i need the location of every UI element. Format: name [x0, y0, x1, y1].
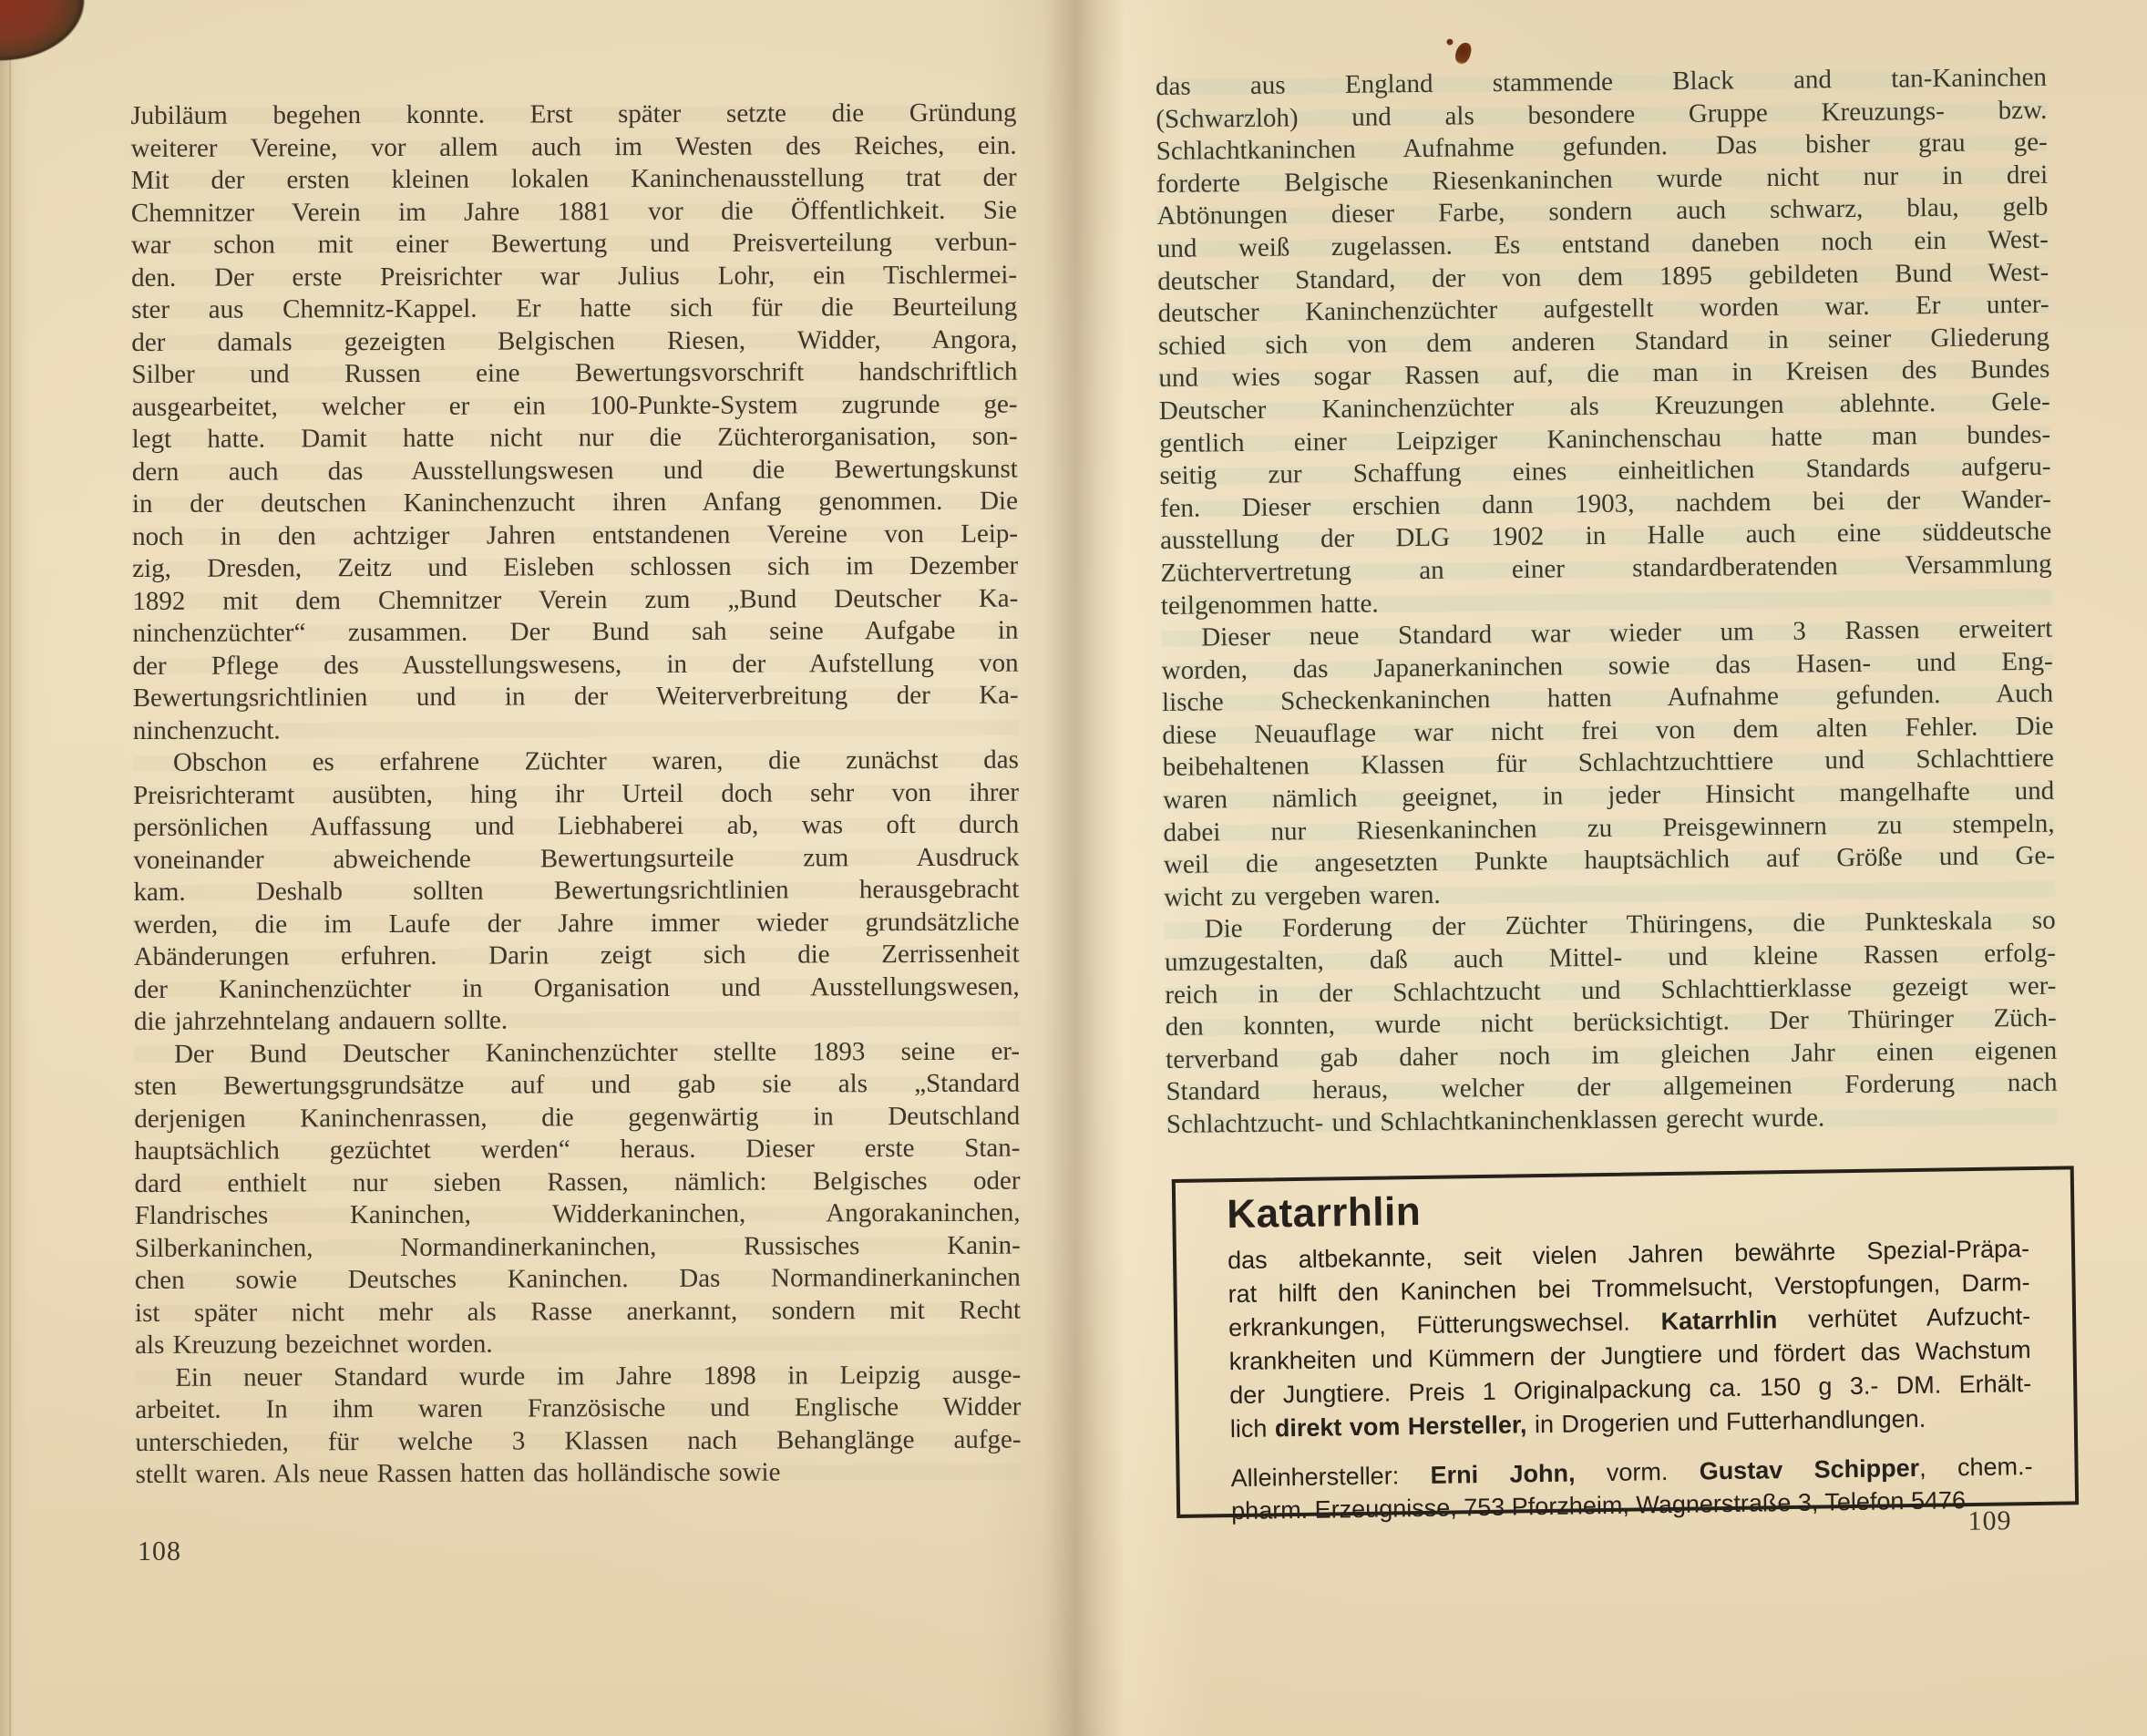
text-line: zig, Dresden, Zeitz und Eisleben schloss…	[132, 550, 1018, 586]
text-line: der damals gezeigten Belgischen Riesen, …	[131, 324, 1017, 359]
ink-spot-decoration	[1454, 41, 1473, 66]
text-line: in der deutschen Kaninchenzucht ihren An…	[132, 486, 1018, 521]
text-line: dern auch das Ausstellungswesen und die …	[132, 453, 1018, 488]
text-line: werden, die im Laufe der Jahre immer wie…	[133, 906, 1019, 941]
text-line: Silber und Russen eine Bewertungsvorschr…	[131, 356, 1017, 392]
text-line: unterschieden, für welche 3 Klassen nach…	[135, 1423, 1021, 1459]
paragraph: Der Bund Deutscher Kaninchenzüchter stel…	[134, 1035, 1021, 1361]
text-line: Preisrichteramt ausübten, hing ihr Urtei…	[133, 776, 1019, 812]
text-line: Obschon es erfahrene Züchter waren, die …	[133, 745, 1019, 780]
red-cover-corner	[0, 0, 118, 87]
text-line: Jubiläum begehen konnte. Erst später set…	[130, 98, 1016, 133]
left-page: Jubiläum begehen konnte. Erst später set…	[130, 0, 1048, 1736]
text-line: der Pflege des Ausstellungswesens, in de…	[132, 647, 1018, 683]
text-line: dard enthielt nur sieben Rassen, nämlich…	[134, 1165, 1020, 1200]
advertisement-box: Katarrhlin das altbekannte, seit vielen …	[1172, 1166, 2079, 1518]
text-line: noch in den achtziger Jahren entstandene…	[132, 518, 1018, 553]
ad-body-text: das altbekannte, seit vielen Jahren bewä…	[1228, 1232, 2032, 1446]
text-line: stellt waren. Als neue Rassen hatten das…	[136, 1456, 1022, 1492]
ad-manufacturer-line: Alleinhersteller: Erni John, vorm. Gusta…	[1230, 1451, 2033, 1527]
text-line: ist später nicht mehr als Rasse anerkann…	[135, 1294, 1021, 1330]
text-line: ster aus Chemnitz-Kappel. Er hatte sich …	[131, 292, 1017, 327]
text-line: hauptsächlich gezüchtet werden“ heraus. …	[134, 1133, 1020, 1168]
paragraph: Dieser neue Standard war wieder um 3 Ras…	[1161, 613, 2055, 915]
text-line: Abänderungen erfuhren. Darin zeigt sich …	[134, 939, 1020, 974]
paragraph: das aus England stammende Black and tan-…	[1156, 62, 2052, 622]
text-line: persönlichen Auffassung und Liebhaberei …	[133, 809, 1019, 845]
ad-title: Katarrhlin	[1227, 1181, 2029, 1237]
text-line: weiterer Vereine, vor allem auch im West…	[131, 129, 1017, 165]
paragraph: Obschon es erfahrene Züchter waren, die …	[133, 745, 1020, 1039]
text-line: legt hatte. Damit hatte nicht nur die Zü…	[132, 421, 1018, 457]
text-line: ninchenzüchter“ zusammen. Der Bund sah s…	[132, 615, 1018, 651]
paragraph: Ein neuer Standard wurde im Jahre 1898 i…	[135, 1359, 1021, 1491]
text-line: 1892 mit dem Chemnitzer Verein zum „Bund…	[132, 582, 1018, 618]
text-line: war schon mit einer Bewertung und Preisv…	[131, 227, 1017, 262]
text-line: den. Der erste Preisrichter war Julius L…	[131, 259, 1017, 294]
text-line: arbeitet. In ihm waren Französische und …	[135, 1392, 1021, 1427]
text-line: ninchenzucht.	[133, 712, 1019, 747]
text-line: der Kaninchenzüchter in Organisation und…	[134, 971, 1020, 1006]
text-line: derjenigen Kaninchenrassen, die gegenwär…	[134, 1100, 1020, 1135]
text-line: Flandrisches Kaninchen, Widderkaninchen,…	[135, 1197, 1021, 1233]
text-line: chen sowie Deutsches Kaninchen. Das Norm…	[135, 1262, 1021, 1298]
right-page: das aus England stammende Black and tan-…	[1155, 0, 2111, 1736]
text-column-right: das aus England stammende Black and tan-…	[1156, 62, 2058, 1142]
text-column-left: Jubiläum begehen konnte. Erst später set…	[130, 98, 1021, 1492]
text-line: Der Bund Deutscher Kaninchenzüchter stel…	[134, 1035, 1020, 1071]
text-line: Ein neuer Standard wurde im Jahre 1898 i…	[135, 1359, 1021, 1394]
text-line: die jahrzehntelang andauern sollte.	[134, 1003, 1020, 1039]
text-line: Chemnitzer Verein im Jahre 1881 vor die …	[131, 194, 1017, 230]
text-line: als Kreuzung bezeichnet worden.	[135, 1327, 1021, 1362]
book-spread-scan: Jubiläum begehen konnte. Erst später set…	[0, 0, 2147, 1736]
text-line: voneinander abweichende Bewertungsurteil…	[133, 841, 1019, 877]
text-line: Silberkaninchen, Normandinerkaninchen, R…	[135, 1229, 1021, 1265]
paragraph: Jubiläum begehen konnte. Erst später set…	[130, 98, 1018, 747]
text-line: Mit der ersten kleinen lokalen Kaninchen…	[131, 162, 1017, 198]
text-line: Bewertungsrichtlinien und in der Weiterv…	[133, 680, 1019, 715]
text-line: kam. Deshalb sollten Bewertungsrichtlini…	[133, 874, 1019, 909]
text-line: sten Bewertungsgrundsätze auf und gab si…	[134, 1068, 1020, 1104]
page-number-right: 109	[1967, 1505, 2011, 1537]
text-line: ausgearbeitet, welcher er ein 100-Punkte…	[131, 388, 1017, 424]
page-stack-edge	[0, 0, 31, 1736]
paragraph: Die Forderung der Züchter Thüringens, di…	[1165, 905, 2059, 1141]
page-number-left: 108	[138, 1536, 181, 1567]
ink-spot-decoration	[1446, 39, 1453, 46]
